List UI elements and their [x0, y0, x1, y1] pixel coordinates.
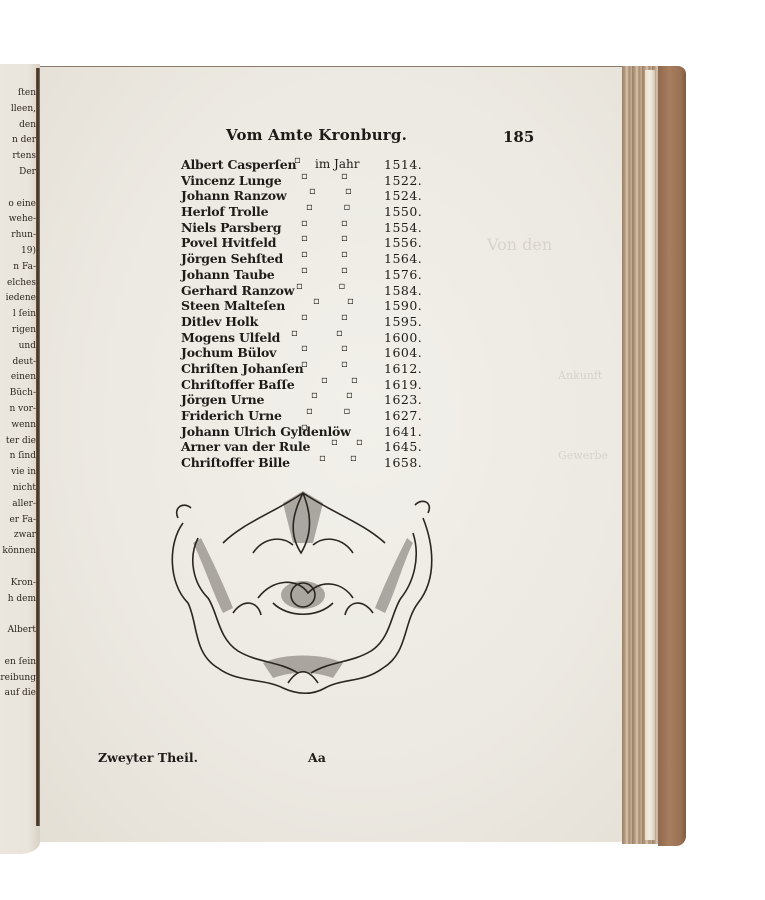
leader-dot: ▫	[341, 249, 348, 260]
left-page-text-fragment: o eine	[8, 197, 36, 212]
leader-dot: ▫	[301, 422, 308, 433]
left-page-text-fragment: elches	[7, 276, 36, 291]
leader-dot: ▫	[301, 265, 308, 276]
year-prefix: im Jahr	[315, 157, 359, 171]
leader-dot: ▫	[351, 375, 358, 386]
left-page-text-fragment: wehe-	[9, 212, 36, 227]
governor-name: Arner van der Rule	[181, 439, 310, 454]
leader-dot: ▫	[319, 453, 326, 464]
bleed-through-text: Gewerbe	[558, 449, 608, 462]
leader-dot: ▫	[301, 218, 308, 229]
governor-name: Jörgen Sehſted	[181, 251, 283, 266]
governor-name: Vincenz Lunge	[181, 173, 281, 188]
governor-name: Johann Ranzow	[181, 188, 286, 203]
left-page-text-fragment: zwar	[14, 528, 36, 543]
year-value: 1627.	[384, 408, 422, 423]
list-item: Johann Taube▫▫1576.	[181, 267, 431, 283]
left-page-text-fragment: rtens	[12, 149, 36, 164]
left-page-text-fragment: deut-	[12, 355, 36, 370]
leader-dot: ▫	[345, 186, 352, 197]
year-value: 1514.	[384, 157, 422, 172]
list-item: Gerhard Ranzow▫▫1584.	[181, 283, 431, 299]
governor-name: Chriſtoffer Bille	[181, 455, 290, 470]
leader-dot: ▫	[301, 312, 308, 323]
leader-dot: ▫	[301, 171, 308, 182]
leader-dot: ▫	[341, 343, 348, 354]
governor-name: Ditlev Holk	[181, 314, 258, 329]
leader-dot: ▫	[341, 171, 348, 182]
left-page-text-fragment: iedene	[6, 291, 36, 306]
governor-name: Niels Parsberg	[181, 220, 281, 235]
year-value: 1619.	[384, 377, 422, 392]
left-page-text-fragment: Der	[19, 165, 36, 180]
left-page-text-fragment: wenn	[11, 418, 36, 433]
year-value: 1576.	[384, 267, 422, 282]
left-page-text-fragment: auf die	[5, 686, 36, 701]
leader-dot: ▫	[341, 359, 348, 370]
governor-name: Albert Casperſen	[181, 157, 296, 172]
left-page-text-fragment: rigen	[12, 323, 36, 338]
governor-name: Johann Ulrich Gyldenlöw	[181, 424, 351, 439]
left-page-text-fragment: en ſein	[5, 655, 36, 670]
governor-name: Mogens Ulfeld	[181, 330, 280, 345]
leader-dot: ▫	[306, 406, 313, 417]
governor-name: Jochum Bülov	[181, 345, 276, 360]
leader-dot: ▫	[344, 202, 351, 213]
list-item: Chriſtoffer Baſſe▫▫1619.	[181, 377, 431, 393]
leader-dot: ▫	[296, 281, 303, 292]
year-value: 1524.	[384, 188, 422, 203]
left-page-text-fragment: einen	[11, 370, 36, 385]
list-item: Arner van der Rule▫▫1645.	[181, 439, 431, 455]
governor-name: Steen Malteſen	[181, 298, 285, 313]
left-page-text-fragment: n ſind	[10, 449, 36, 464]
leader-dot: ▫	[356, 437, 363, 448]
leader-dot: ▫	[301, 249, 308, 260]
leader-dot: ▫	[294, 155, 301, 166]
leader-dot: ▫	[341, 218, 348, 229]
list-item: Johann Ulrich Gyldenlöw▫1641.	[181, 424, 431, 440]
leader-dot: ▫	[291, 328, 298, 339]
left-page-text-fragment: l ſein	[13, 307, 36, 322]
year-value: 1595.	[384, 314, 422, 329]
left-page-text-fragment: und	[19, 339, 36, 354]
list-item: Ditlev Holk▫▫1595.	[181, 314, 431, 330]
left-page-text-fragment: rhun-	[11, 228, 36, 243]
left-page-text-fragment: den	[19, 118, 36, 133]
leader-dot: ▫	[336, 328, 343, 339]
leader-dot: ▫	[344, 406, 351, 417]
left-page-text-fragment: Albert	[8, 623, 36, 638]
leader-dot: ▫	[341, 312, 348, 323]
leader-dot: ▫	[301, 233, 308, 244]
leader-dot: ▫	[347, 296, 354, 307]
year-value: 1623.	[384, 392, 422, 407]
year-value: 1612.	[384, 361, 422, 376]
year-value: 1554.	[384, 220, 422, 235]
year-value: 1604.	[384, 345, 422, 360]
left-page-text-fragment: 19)	[21, 244, 36, 259]
left-page-text-fragment: Kron-	[11, 576, 36, 591]
left-page-text-fragment: n der	[12, 133, 36, 148]
leader-dot: ▫	[341, 233, 348, 244]
page-edges	[622, 66, 662, 844]
leader-dot: ▫	[306, 202, 313, 213]
governor-list: Albert Casperſen▫im Jahr1514.Vincenz Lun…	[181, 157, 431, 471]
left-page-text-fragment: treibung	[0, 671, 36, 686]
year-value: 1641.	[384, 424, 422, 439]
governor-name: Chriſten Johanſen	[181, 361, 303, 376]
list-item: Chriſten Johanſen▫▫1612.	[181, 361, 431, 377]
year-value: 1584.	[384, 283, 422, 298]
year-value: 1600.	[384, 330, 422, 345]
left-page-text-fragment: Büch-	[10, 386, 36, 401]
year-value: 1564.	[384, 251, 422, 266]
left-page-text-fragment: n Fa-	[13, 260, 36, 275]
leader-dot: ▫	[311, 390, 318, 401]
leader-dot: ▫	[341, 265, 348, 276]
leader-dot: ▫	[339, 281, 346, 292]
governor-name: Chriſtoffer Baſſe	[181, 377, 294, 392]
left-page-text-fragment: lleen,	[11, 102, 36, 117]
year-value: 1645.	[384, 439, 422, 454]
rococo-ornament-icon	[163, 483, 445, 698]
leader-dot: ▫	[346, 390, 353, 401]
leader-dot: ▫	[350, 453, 357, 464]
running-header: Vom Amte Kronburg.	[226, 126, 407, 144]
list-item: Vincenz Lunge▫▫1522.	[181, 173, 431, 189]
left-page-text-fragment: nicht	[13, 481, 36, 496]
year-value: 1550.	[384, 204, 422, 219]
governor-name: Friderich Urne	[181, 408, 282, 423]
left-page-text-fragment: können	[2, 544, 36, 559]
leader-dot: ▫	[301, 343, 308, 354]
signature-mark: Aa	[308, 750, 326, 765]
left-page-text-fragment: h dem	[8, 592, 36, 607]
bleed-through-text: Ankunft	[558, 369, 602, 382]
left-page-text-fragment: aller-	[12, 497, 36, 512]
left-page-text-fragment: ter die	[6, 434, 36, 449]
left-page-text-fragment: vie in	[11, 465, 36, 480]
leader-dot: ▫	[301, 359, 308, 370]
leader-dot: ▫	[321, 375, 328, 386]
page-number: 185	[503, 128, 534, 146]
leader-dot: ▫	[331, 437, 338, 448]
left-page-text-fragment: ſten	[18, 86, 36, 101]
governor-name: Povel Hvitfeld	[181, 235, 276, 250]
leader-dot: ▫	[313, 296, 320, 307]
year-value: 1556.	[384, 235, 422, 250]
governor-name: Gerhard Ranzow	[181, 283, 294, 298]
year-value: 1590.	[384, 298, 422, 313]
bleed-through-text: Von den	[487, 235, 552, 254]
governor-name: Johann Taube	[181, 267, 275, 282]
leader-dot: ▫	[309, 186, 316, 197]
left-page: ſtenlleen,denn derrtensDero einewehe-rhu…	[0, 64, 40, 854]
governor-name: Jörgen Urne	[181, 392, 264, 407]
year-value: 1658.	[384, 455, 422, 470]
catchword-footer: Zweyter Theil.	[98, 750, 198, 765]
governor-name: Herlof Trolle	[181, 204, 268, 219]
list-item: Chriſtoffer Bille▫▫1658.	[181, 455, 431, 471]
year-value: 1522.	[384, 173, 422, 188]
left-page-text-fragment: er Fa-	[9, 513, 36, 528]
leather-cover	[658, 66, 686, 846]
left-page-text-fragment: n vor-	[9, 402, 36, 417]
